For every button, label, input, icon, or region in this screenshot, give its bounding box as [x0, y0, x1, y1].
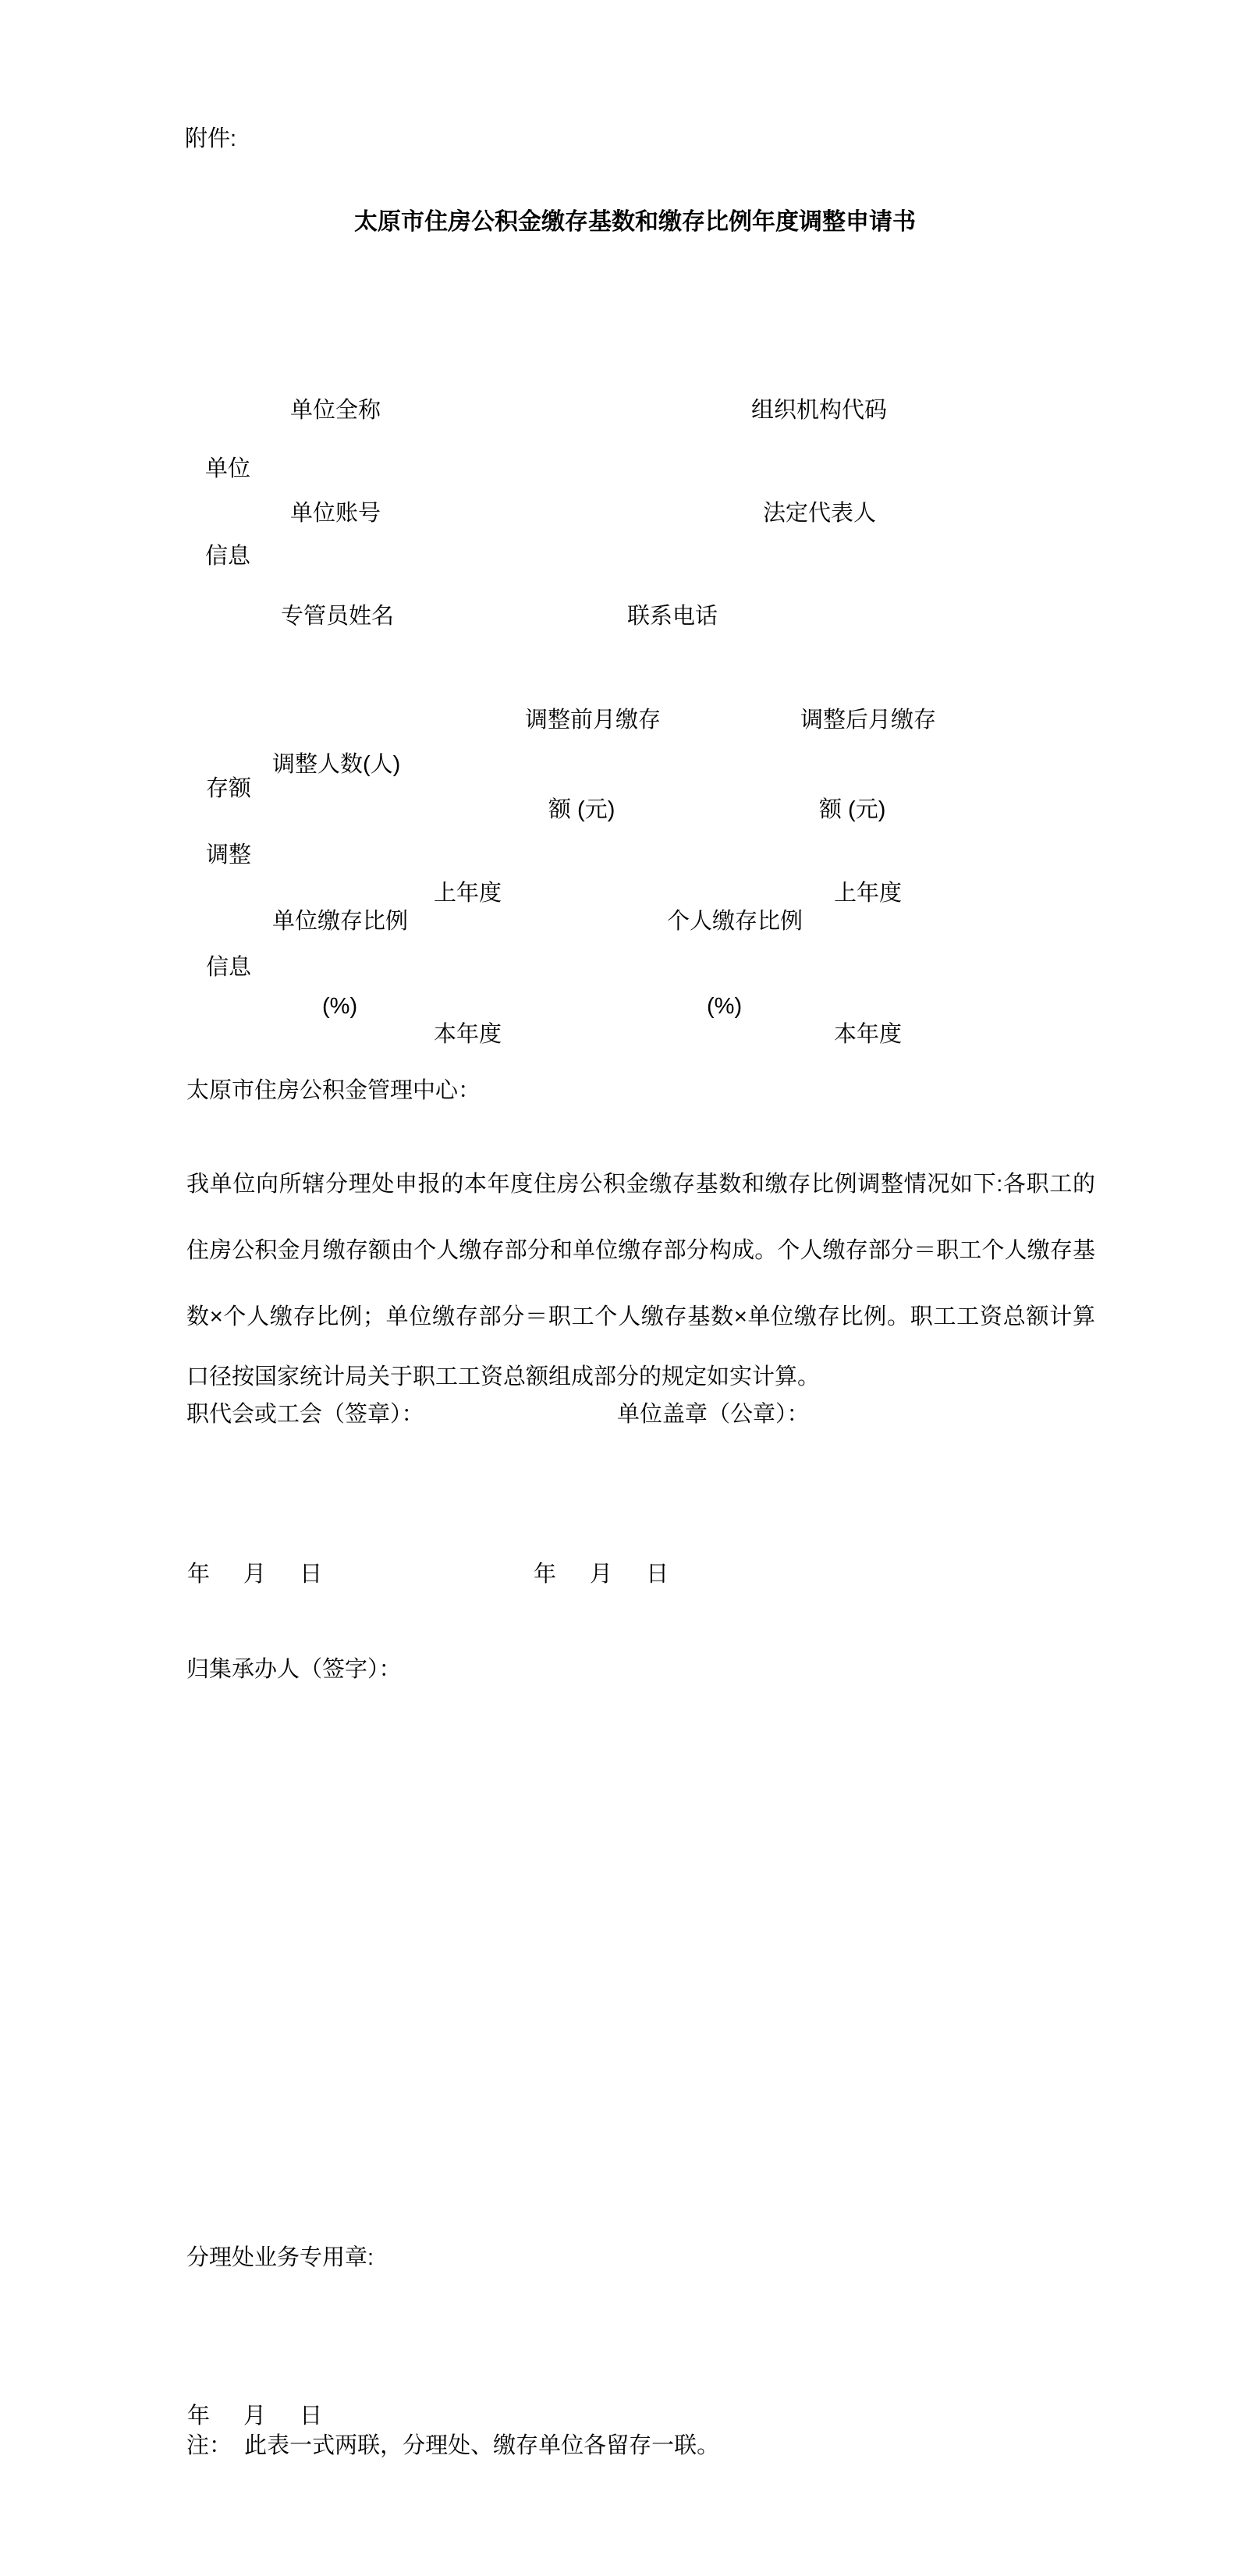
personal-ratio-label-line1: 个人缴存比例	[667, 907, 803, 935]
document-title: 太原市住房公积金缴存基数和缴存比例年度调整申请书	[354, 208, 916, 237]
manager-name-label: 专管员姓名	[281, 602, 394, 630]
adjust-stub-line2: 调整	[206, 841, 251, 869]
unit-info-stub-line1: 单位	[205, 455, 250, 483]
unit-ratio-label-line1: 单位缴存比例	[272, 907, 408, 935]
branch-date-line: 年 月 日	[187, 2402, 322, 2430]
unit-account-label: 单位账号	[290, 499, 381, 527]
union-sign-label: 职代会或工会（签章）：	[186, 1400, 424, 1428]
headcount-label: 调整人数(人)	[272, 750, 400, 779]
unit-ratio-cur-year-label: 本年度	[434, 1020, 502, 1048]
salutation: 太原市住房公积金管理中心：	[186, 1077, 481, 1105]
declaration-line-4: 口径按国家统计局关于职工工资总额组成部分的规定如实计算。	[186, 1363, 820, 1391]
footnote: 注： 此表一式两联，分理处、缴存单位各留存一联。	[186, 2432, 719, 2460]
declaration-line-2: 住房公积金月缴存额由个人缴存部分和单位缴存部分构成。个人缴存部分＝职工个人缴存基	[186, 1237, 1095, 1265]
unit-ratio-label-line2: (%)	[322, 992, 357, 1020]
unit-info-stub-line2: 信息	[205, 542, 250, 570]
unit-seal-label: 单位盖章（公章）：	[617, 1400, 810, 1428]
declaration-line-1: 我单位向所辖分理处申报的本年度住房公积金缴存基数和缴存比例调整情况如下:各职工的	[186, 1170, 1095, 1198]
pre-month-deposit-label-line2: 额 (元)	[548, 796, 615, 824]
post-month-deposit-label-line2: 额 (元)	[819, 796, 885, 824]
personal-ratio-prev-year-label: 上年度	[834, 879, 902, 907]
unit-date-line: 年 月 日	[534, 1560, 669, 1588]
unit-full-name-label: 单位全称	[290, 396, 381, 424]
union-date-line: 年 月 日	[187, 1560, 322, 1588]
phone-label: 联系电话	[627, 602, 718, 630]
collector-sign-label: 归集承办人（签字）：	[186, 1655, 402, 1684]
legal-rep-label: 法定代表人	[763, 499, 876, 527]
unit-ratio-prev-year-label: 上年度	[434, 879, 502, 907]
personal-ratio-label-line2: (%)	[707, 992, 742, 1020]
application-form-document: 附件: 太原市住房公积金缴存基数和缴存比例年度调整申请书 单位 信息 单位全称 …	[0, 0, 1238, 2576]
adjust-stub-line1: 存额	[206, 775, 251, 803]
post-month-deposit-label-line1: 调整后月缴存	[800, 706, 936, 734]
personal-ratio-cur-year-label: 本年度	[834, 1020, 902, 1048]
attachment-label: 附件:	[185, 125, 236, 153]
org-code-label: 组织机构代码	[751, 396, 887, 424]
adjust-stub-line3: 信息	[206, 953, 251, 981]
pre-month-deposit-label-line1: 调整前月缴存	[525, 706, 661, 734]
branch-seal-label: 分理处业务专用章:	[186, 2244, 374, 2272]
declaration-line-3: 数×个人缴存比例；单位缴存部分＝职工个人缴存基数×单位缴存比例。职工工资总额计算	[186, 1303, 1095, 1331]
